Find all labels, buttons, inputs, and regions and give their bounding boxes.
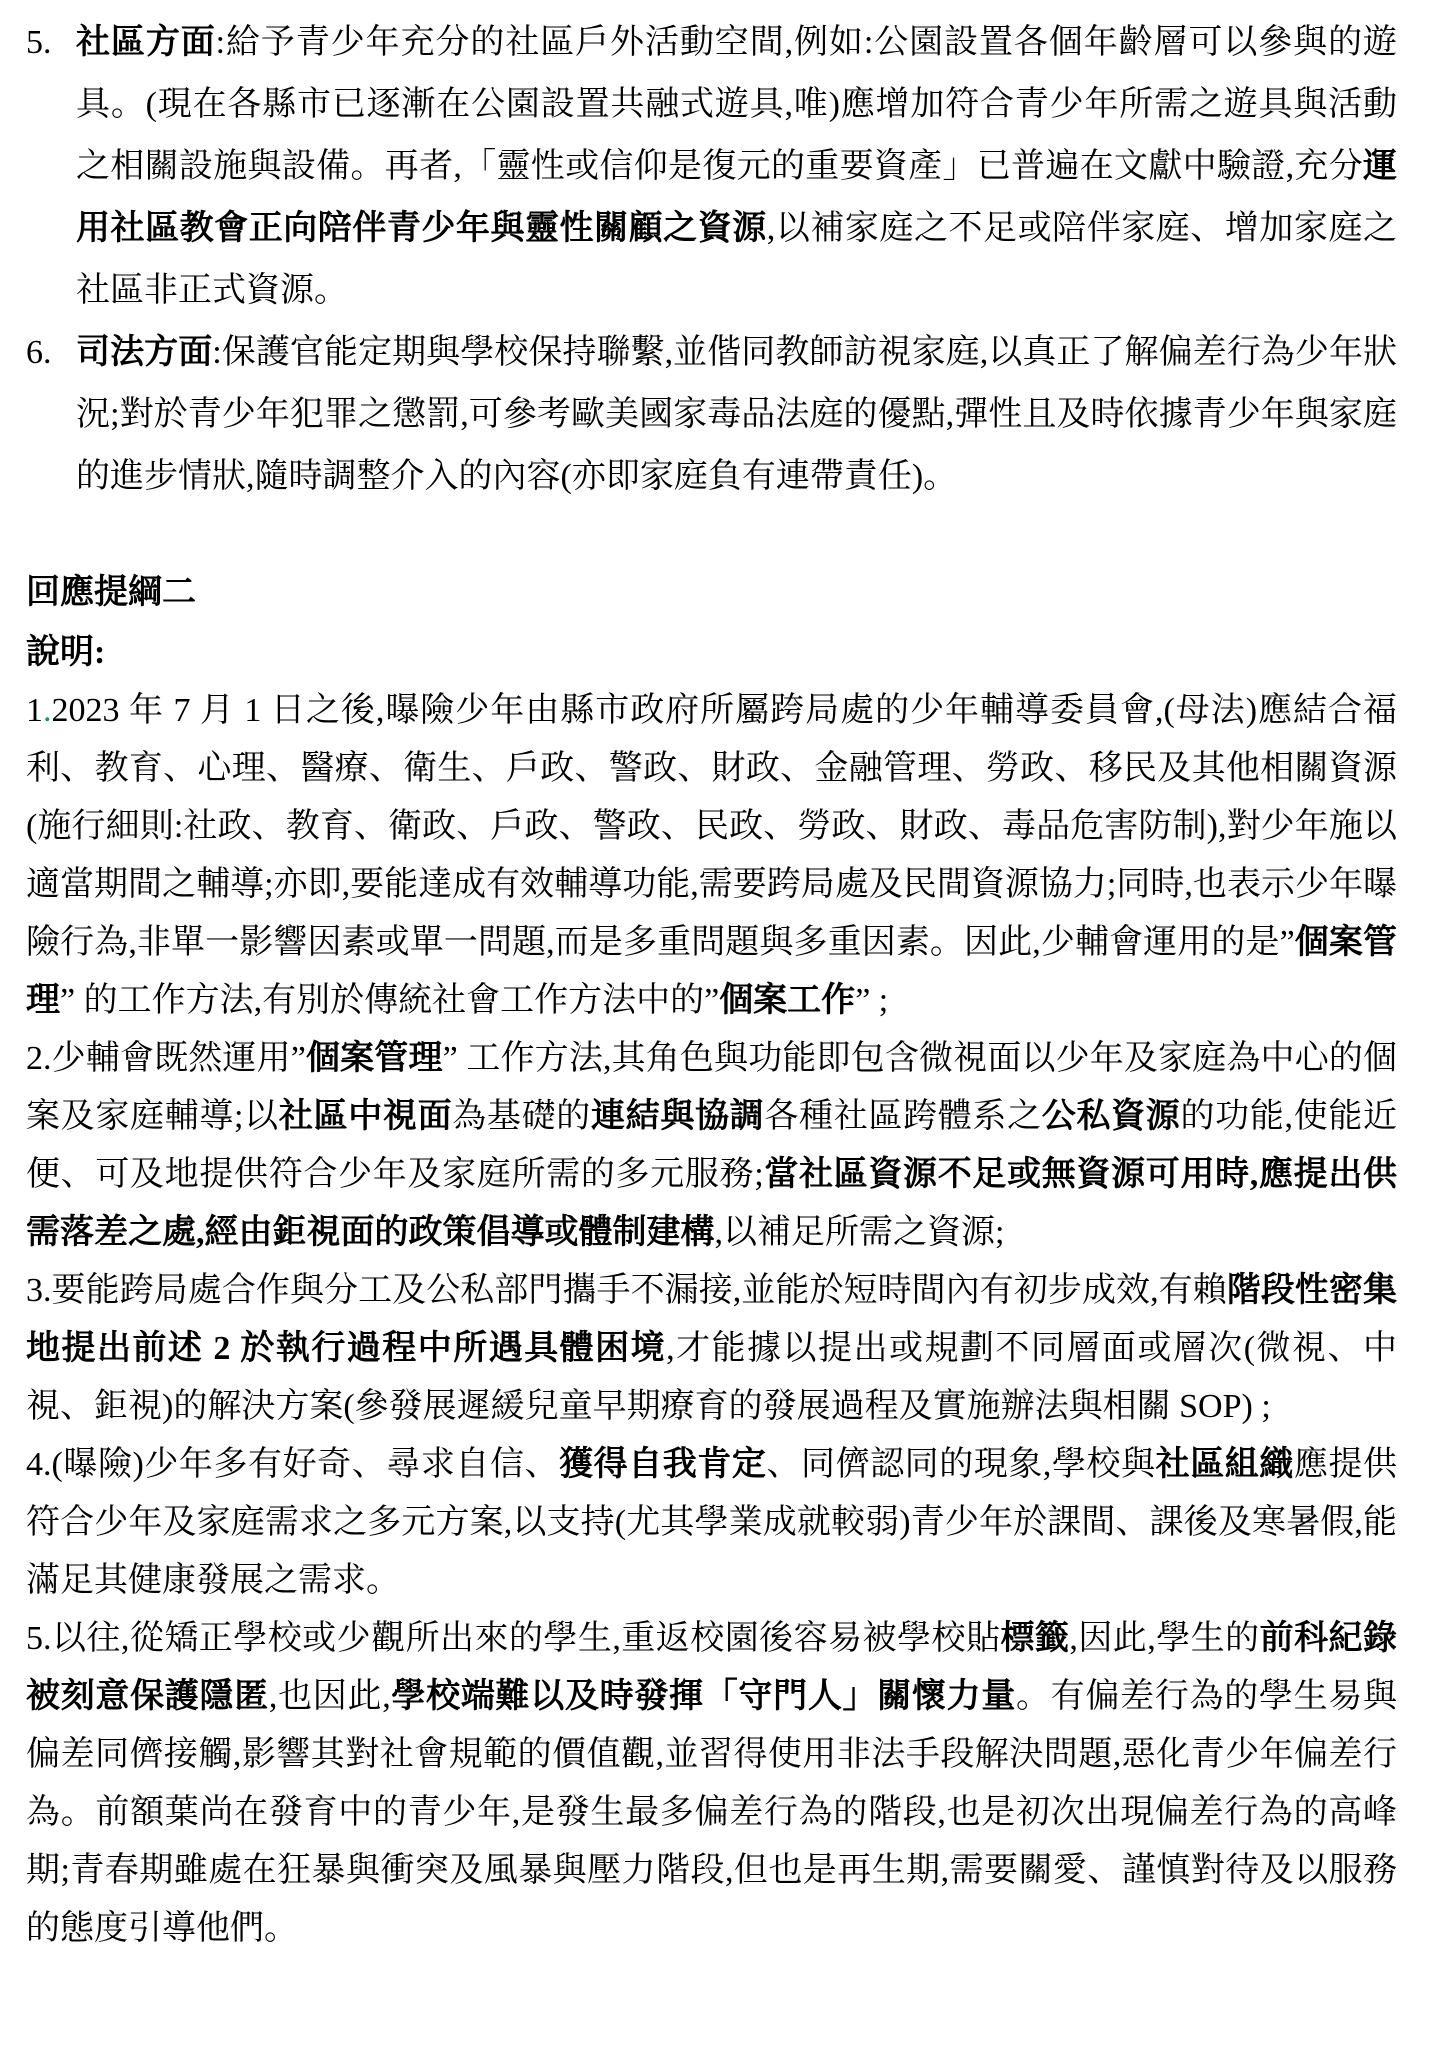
emphasized-text: 社區方面 — [76, 24, 216, 61]
list-item-number: 6. — [26, 322, 52, 384]
body-text: 4.(曝險)少年多有好奇、尋求自信、 — [26, 1446, 559, 1483]
section-heading: 回應提綱二 — [26, 562, 1397, 624]
list-item-6-judicial: 6. 司法方面:保護官能定期與學校保持聯繫,並偕同教師訪視家庭,以真正了解偏差行… — [26, 322, 1397, 508]
body-text: ,因此,學生的 — [1069, 1620, 1259, 1657]
emphasized-text: 公私資源 — [1042, 1098, 1181, 1135]
emphasized-text: 個案管理 — [306, 1040, 443, 1077]
body-text: . — [43, 692, 52, 729]
emphasized-text: 獲得自我肯定 — [559, 1446, 766, 1483]
emphasized-text: 連結與協調 — [591, 1098, 764, 1135]
body-text: 各種社區跨體系之 — [764, 1098, 1041, 1135]
paragraph-1: 1.2023 年 7 月 1 日之後,曝險少年由縣市政府所屬跨局處的少年輔導委員… — [26, 682, 1397, 1030]
section-subheading: 說明: — [26, 624, 1397, 682]
list-item-number: 5. — [26, 12, 52, 74]
body-text: 2023 年 7 月 1 日之後,曝險少年由縣市政府所屬跨局處的少年輔導委員會,… — [26, 692, 1397, 961]
emphasized-text: 學校端難以及時發揮「守門人」關懷力量 — [391, 1678, 1016, 1715]
emphasized-text: 司法方面 — [76, 334, 212, 371]
list-item-text: 社區方面:給予青少年充分的社區戶外活動空間,例如:公園設置各個年齡層可以參與的遊… — [76, 24, 1397, 309]
body-text: ,也因此, — [269, 1678, 391, 1715]
body-text: :保護官能定期與學校保持聯繫,並偕同教師訪視家庭,以真正了解偏差行為少年狀況;對… — [76, 334, 1397, 495]
paragraph-3: 3.要能跨局處合作與分工及公私部門攜手不漏接,並能於短時間內有初步成效,有賴階段… — [26, 1262, 1397, 1436]
emphasized-text: 社區中視面 — [279, 1098, 452, 1135]
body-text: 。有偏差行為的學生易與偏差同儕接觸,影響其對社會規範的價值觀,並習得使用非法手段… — [26, 1678, 1397, 1947]
body-text: ,以補足所需之資源; — [715, 1214, 1005, 1251]
emphasized-text: 標籤 — [1000, 1620, 1069, 1657]
body-text: 3.要能跨局處合作與分工及公私部門攜手不漏接,並能於短時間內有初步成效,有賴 — [26, 1272, 1227, 1309]
emphasized-text: 個案工作 — [719, 982, 855, 1019]
list-item-5-community: 5. 社區方面:給予青少年充分的社區戶外活動空間,例如:公園設置各個年齡層可以參… — [26, 12, 1397, 322]
paragraph-2: 2.少輔會既然運用”個案管理” 工作方法,其角色與功能即包含微視面以少年及家庭為… — [26, 1030, 1397, 1262]
response-outline-2-section: 回應提綱二 說明: 1.2023 年 7 月 1 日之後,曝險少年由縣市政府所屬… — [26, 562, 1397, 1958]
paragraph-5: 5.以往,從矯正學校或少觀所出來的學生,重返校園後容易被學校貼標籤,因此,學生的… — [26, 1610, 1397, 1958]
body-text: 、同儕認同的現象,學校與 — [766, 1446, 1155, 1483]
paragraph-4: 4.(曝險)少年多有好奇、尋求自信、獲得自我肯定、同儕認同的現象,學校與社區組織… — [26, 1436, 1397, 1610]
body-text: 5.以往,從矯正學校或少觀所出來的學生,重返校園後容易被學校貼 — [26, 1620, 1000, 1657]
list-item-text: 司法方面:保護官能定期與學校保持聯繫,並偕同教師訪視家庭,以真正了解偏差行為少年… — [76, 334, 1397, 495]
emphasized-text: 社區組織 — [1156, 1446, 1294, 1483]
body-text: 為基礎的 — [452, 1098, 591, 1135]
body-text: :給予青少年充分的社區戶外活動空間,例如:公園設置各個年齡層可以參與的遊具。(現… — [76, 24, 1397, 185]
body-text: ” 的工作方法,有別於傳統社會工作方法中的” — [60, 982, 719, 1019]
body-text: ” ; — [855, 982, 888, 1019]
document-page: 5. 社區方面:給予青少年充分的社區戶外活動空間,例如:公園設置各個年齡層可以參… — [0, 0, 1431, 1958]
numbered-list: 5. 社區方面:給予青少年充分的社區戶外活動空間,例如:公園設置各個年齡層可以參… — [26, 12, 1397, 508]
body-text: 2.少輔會既然運用” — [26, 1040, 306, 1077]
body-text: 1 — [26, 692, 43, 729]
